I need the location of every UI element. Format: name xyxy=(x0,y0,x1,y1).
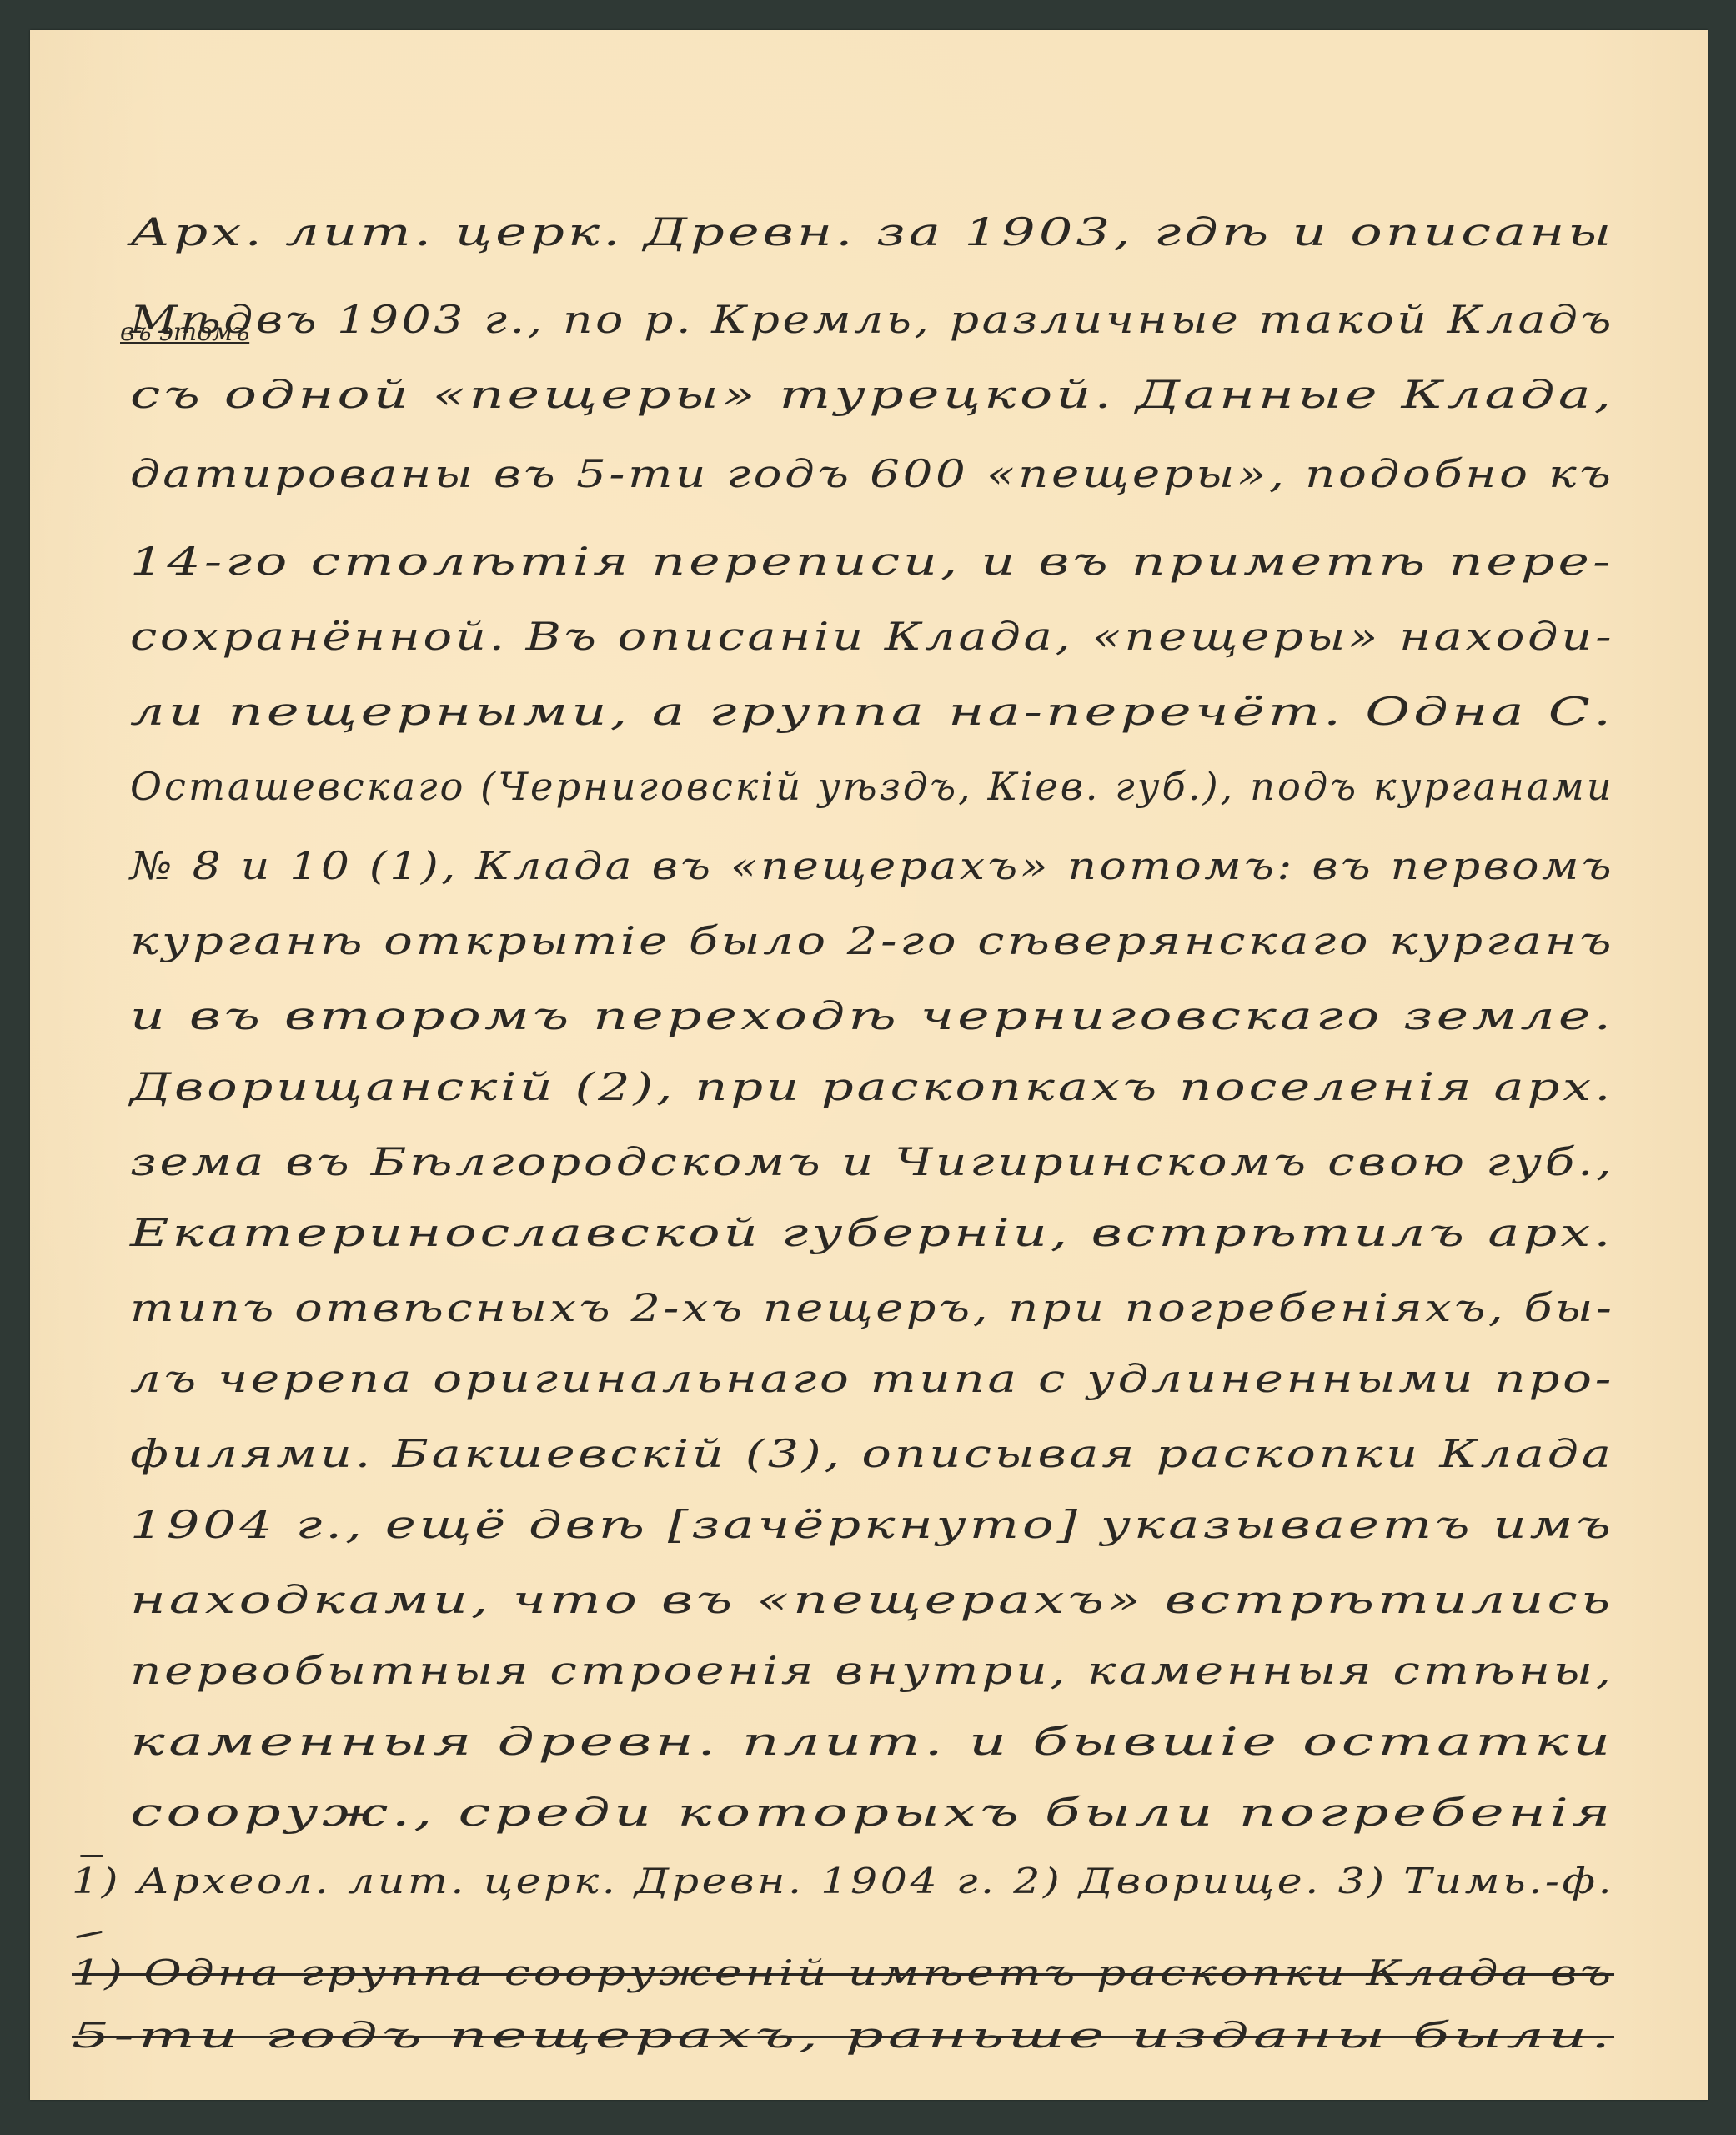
text-line: 14-го столѣтія переписи, и въ приметѣ пе… xyxy=(130,539,1614,584)
footnote-rule-struck xyxy=(76,1931,103,1939)
text-line: каменныя древн. плит. и бывшіе остатки xyxy=(130,1719,1614,1764)
text-line: находками, что въ «пещерахъ» встрѣтились xyxy=(130,1577,1614,1622)
manuscript-page: въ этомъ Арх. лит. церк. Древн. за 1903,… xyxy=(30,30,1708,2100)
text-line: типъ отвѣсныхъ 2-хъ пещеръ, при погребен… xyxy=(130,1285,1614,1330)
struck-line: 5-ти годъ пещерахъ, раньше изданы были. xyxy=(72,2015,1614,2056)
text-line: филями. Бакшевскій (3), описывая раскопк… xyxy=(130,1431,1614,1476)
footnote-rule xyxy=(80,1855,103,1857)
text-line: Екатеринославской губерніи, встрѣтилъ ар… xyxy=(130,1210,1614,1255)
text-line: Арх. лит. церк. Древн. за 1903, гдѣ и оп… xyxy=(130,209,1614,254)
text-line: Дворищанскій (2), при раскопкахъ поселен… xyxy=(130,1064,1613,1109)
text-line: Осташевскаго (Черниговскій уѣздъ, Кіев. … xyxy=(130,764,1614,809)
text-line: съ одной «пещеры» турецкой. Данные Клада… xyxy=(130,372,1615,417)
text-line: Мѣдвъ 1903 г., по р. Кремль, различные т… xyxy=(130,297,1614,342)
text-line: № 8 и 10 (1), Клада въ «пещерахъ» потомъ… xyxy=(130,843,1614,888)
text-line: и въ второмъ переходѣ черниговскаго земл… xyxy=(130,993,1614,1038)
text-line: сооруж., среди которыхъ были погребенія xyxy=(130,1790,1614,1835)
struck-line: 1) Одна группа сооруженій имѣетъ раскопк… xyxy=(72,1952,1614,1993)
text-line: датированы въ 5-ти годъ 600 «пещеры», по… xyxy=(130,451,1614,496)
text-line: зема въ Бѣлгородскомъ и Чигиринскомъ сво… xyxy=(130,1139,1615,1184)
text-line: 1904 г., ещё двѣ [зачёркнуто] указываетъ… xyxy=(130,1502,1614,1547)
text-line: ли пещерными, а группа на-перечёт. Одна … xyxy=(130,689,1614,734)
footnote: 1) Археол. лит. церк. Древн. 1904 г. 2) … xyxy=(72,1861,1614,1901)
text-line: первобытныя строенія внутри, каменныя ст… xyxy=(130,1648,1614,1693)
text-line: лъ черепа оригинальнаго типа с удлиненны… xyxy=(130,1356,1614,1401)
text-line: сохранённой. Въ описаніи Клада, «пещеры»… xyxy=(130,614,1614,659)
text-line: курганѣ открытіе было 2-го сѣверянскаго … xyxy=(130,918,1614,963)
